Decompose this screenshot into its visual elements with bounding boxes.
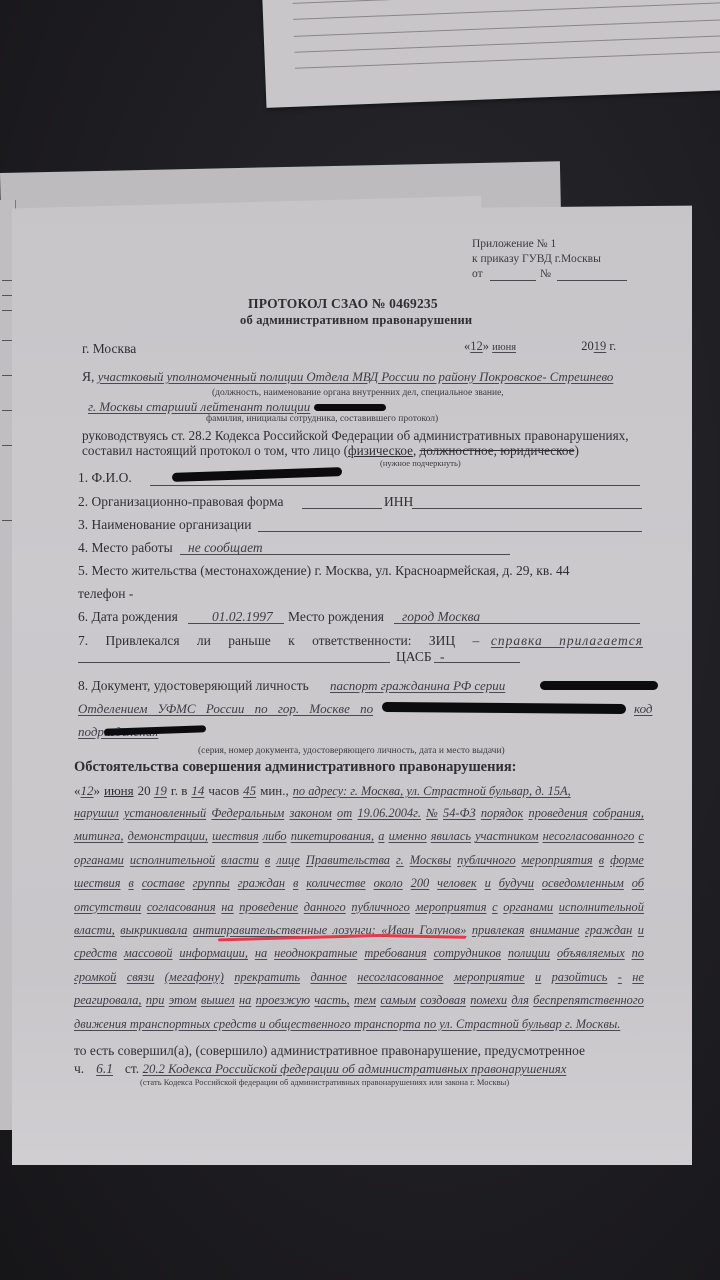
redaction-issuer <box>382 702 626 714</box>
city: г. Москва <box>82 341 136 357</box>
circumstances-line-1: «12» июня 20 19 г. в 14 часов 45 мин., п… <box>74 783 644 799</box>
field-org-form-label: 2. Организационно-правовая форма <box>78 494 283 510</box>
field-prior-liability: 7. Привлекался ли раньше к ответственнос… <box>78 633 643 649</box>
appendix-line-1: Приложение № 1 <box>472 237 556 252</box>
field-fio-label: 1. Ф.И.О. <box>78 470 132 486</box>
field-workplace-label: 4. Место работы <box>78 540 173 556</box>
officer-caption-1: (должность, наименование органа внутренн… <box>212 388 504 398</box>
appendix-from-label: от <box>472 267 483 282</box>
officer-line-2: г. Москвы старший лейтенант полиции <box>88 399 310 415</box>
legal-basis-line-2: составил настоящий протокол о том, что л… <box>82 443 579 459</box>
conclusion-caption: (стать Кодекса Российской федерации об а… <box>140 1077 509 1087</box>
officer-caption-2: фамилия, инициалы сотрудника, составивше… <box>206 414 438 424</box>
narrative-line: движения транспортных средств и обществе… <box>74 1017 644 1032</box>
document-date: «12» июня 2019 г. <box>464 339 616 354</box>
field-residence-label: 5. Место жительства (местонахождение) г.… <box>78 563 570 579</box>
appendix-line-2: к приказу ГУВД г.Москвы <box>472 252 601 267</box>
field-id-doc-code-label: код <box>634 701 653 717</box>
appendix-number-label: № <box>540 267 551 282</box>
conclusion-article: ч. 6.1 ст. 20.2 Кодекса Российской федер… <box>74 1061 566 1077</box>
field-birthdate-label: 6. Дата рождения <box>78 609 178 625</box>
lined-paper-sheet <box>262 0 720 108</box>
person-type-selected: физическое <box>348 443 413 458</box>
page-title: ПРОТОКОЛ СЗАО № 0469235 <box>248 296 438 312</box>
redaction-passport-number <box>540 681 658 690</box>
officer-line-1: Я, участковый уполномоченный полиции Отд… <box>82 369 613 385</box>
circumstances-heading: Обстоятельства совершения административн… <box>74 759 517 776</box>
conclusion-line-1: то есть совершил(а), (совершило) админис… <box>74 1043 585 1059</box>
field-id-doc-caption: (серия, номер документа, удостоверяющего… <box>198 746 505 756</box>
legal-basis-caption: (нужное подчеркнуть) <box>380 458 461 468</box>
field-casb-label: ЦАСБ <box>396 649 432 665</box>
narrative-line: нарушилустановленныйФедеральнымзакономот… <box>74 806 644 821</box>
legal-basis-line-1: руководствуясь ст. 28.2 Кодекса Российск… <box>82 428 629 444</box>
narrative-line: шествиявсоставегруппыгражданвколичествео… <box>74 876 644 891</box>
narrative-line: реагировала,приэтомвышелнапроезжуючасть,… <box>74 993 644 1008</box>
person-type-struck: должностное, юридическое <box>420 443 575 458</box>
field-birthplace-label: Место рождения <box>288 609 384 625</box>
redaction-officer-name <box>314 404 386 411</box>
narrative-line: громкойсвязи(мегафону)прекратитьданноене… <box>74 970 644 985</box>
red-marker-underline-end <box>386 934 466 939</box>
narrative-line: органамиисполнительнойвластивлицеПравите… <box>74 853 644 868</box>
field-id-doc-label: 8. Документ, удостоверяющий личность <box>78 678 309 694</box>
field-id-doc-value: паспорт гражданина РФ серии <box>330 678 505 694</box>
field-id-doc-issuer: Отделением УФМС России по гор. Москве по <box>78 701 373 717</box>
field-phone-label: телефон - <box>78 586 133 602</box>
field-inn-label: ИНН <box>384 494 413 510</box>
narrative-line: отсутствиисогласованиянапроведениеданног… <box>74 900 644 915</box>
field-org-name-label: 3. Наименование организации <box>78 517 251 533</box>
protocol-document: Приложение № 1 к приказу ГУВД г.Москвы о… <box>12 193 692 1165</box>
narrative-line: средствмассовойинформации,нанеоднократны… <box>74 946 644 961</box>
redaction-fio <box>172 467 342 482</box>
narrative-line: митинга,демонстрации,шествиялибопикетиро… <box>74 829 644 844</box>
page-subtitle: об административном правонарушении <box>240 313 472 328</box>
